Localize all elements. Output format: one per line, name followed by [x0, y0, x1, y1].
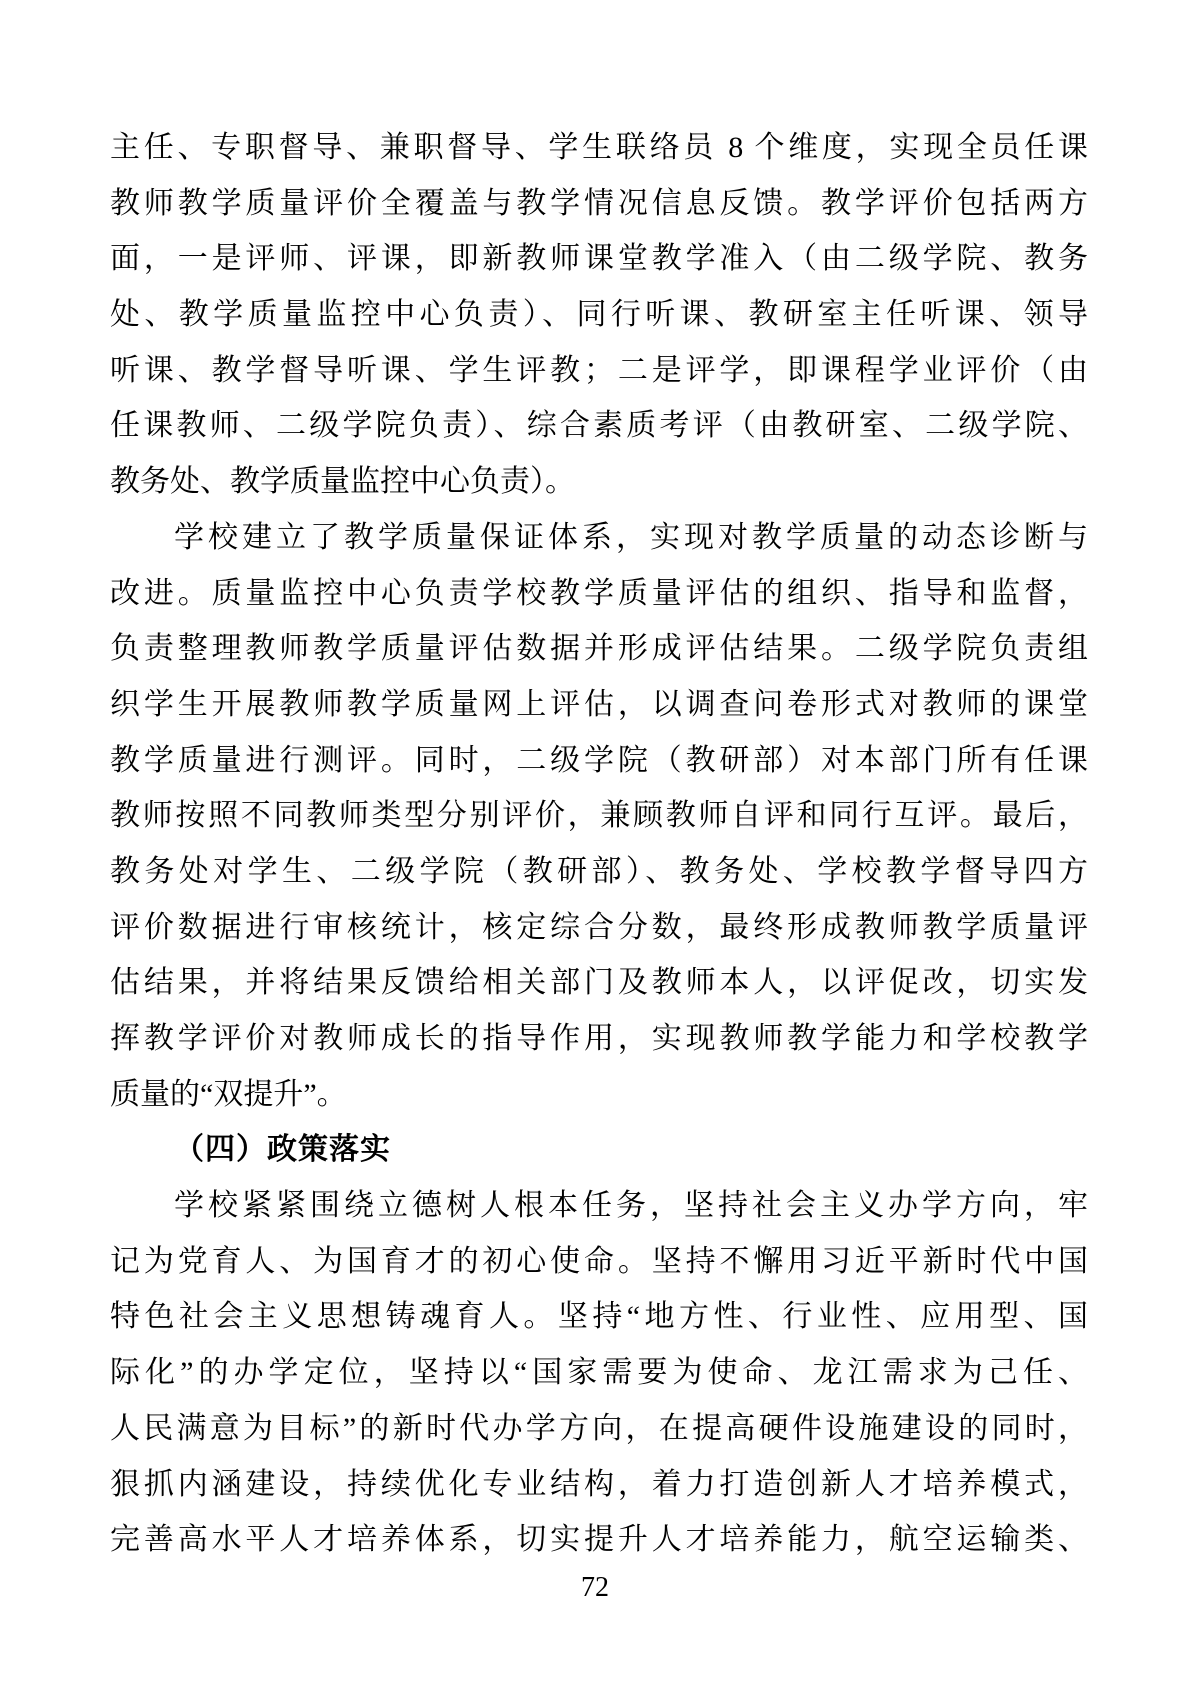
text-line: 特色社会主义思想铸魂育人。坚持“地方性、行业性、应用型、国 [110, 1289, 1088, 1345]
text-line: 人民满意为目标”的新时代办学方向，在提高硬件设施建设的同时， [110, 1401, 1088, 1457]
text-line: 教务处对学生、二级学院（教研部）、教务处、学校教学督导四方 [110, 844, 1088, 900]
text-line: 完善高水平人才培养体系，切实提升人才培养能力，航空运输类、 [110, 1512, 1088, 1568]
text-line: 负责整理教师教学质量评估数据并形成评估结果。二级学院负责组 [110, 621, 1088, 677]
text-block: 主任、专职督导、兼职督导、学生联络员 8 个维度，实现全员任课教师教学质量评价全… [110, 120, 1088, 1568]
text-line: 狠抓内涵建设，持续优化专业结构，着力打造创新人才培养模式， [110, 1457, 1088, 1513]
text-line: 记为党育人、为国育才的初心使命。坚持不懈用习近平新时代中国 [110, 1234, 1088, 1290]
text-line: 挥教学评价对教师成长的指导作用，实现教师教学能力和学校教学 [110, 1011, 1088, 1067]
text-line: 学校紧紧围绕立德树人根本任务，坚持社会主义办学方向，牢 [110, 1178, 1088, 1234]
text-line: 学校建立了教学质量保证体系，实现对教学质量的动态诊断与 [110, 510, 1088, 566]
text-line: 质量的“双提升”。 [110, 1067, 1088, 1123]
text-line: 任课教师、二级学院负责）、综合素质考评（由教研室、二级学院、 [110, 398, 1088, 454]
text-line: 教师按照不同教师类型分别评价，兼顾教师自评和同行互评。最后， [110, 788, 1088, 844]
document-page: 主任、专职督导、兼职督导、学生联络员 8 个维度，实现全员任课教师教学质量评价全… [0, 0, 1190, 1683]
text-line: 面，一是评师、评课，即新教师课堂教学准入（由二级学院、教务 [110, 231, 1088, 287]
page-footer: 72 [0, 1568, 1190, 1608]
page-number: 72 [581, 1572, 609, 1603]
text-line: 处、教学质量监控中心负责）、同行听课、教研室主任听课、领导 [110, 287, 1088, 343]
text-line: 织学生开展教师教学质量网上评估，以调查问卷形式对教师的课堂 [110, 677, 1088, 733]
text-line: 主任、专职督导、兼职督导、学生联络员 8 个维度，实现全员任课 [110, 120, 1088, 176]
text-line: 教师教学质量评价全覆盖与教学情况信息反馈。教学评价包括两方 [110, 176, 1088, 232]
text-line: 际化”的办学定位，坚持以“国家需要为使命、龙江需求为己任、 [110, 1345, 1088, 1401]
text-line: 教务处、教学质量监控中心负责）。 [110, 454, 1088, 510]
text-line: 听课、教学督导听课、学生评教；二是评学，即课程学业评价（由 [110, 343, 1088, 399]
text-line: 评价数据进行审核统计，核定综合分数，最终形成教师教学质量评 [110, 900, 1088, 956]
text-line: 改进。质量监控中心负责学校教学质量评估的组织、指导和监督， [110, 566, 1088, 622]
text-line: 估结果，并将结果反馈给相关部门及教师本人，以评促改，切实发 [110, 955, 1088, 1011]
text-line: 教学质量进行测评。同时，二级学院（教研部）对本部门所有任课 [110, 733, 1088, 789]
section-heading: （四）政策落实 [110, 1122, 1088, 1178]
